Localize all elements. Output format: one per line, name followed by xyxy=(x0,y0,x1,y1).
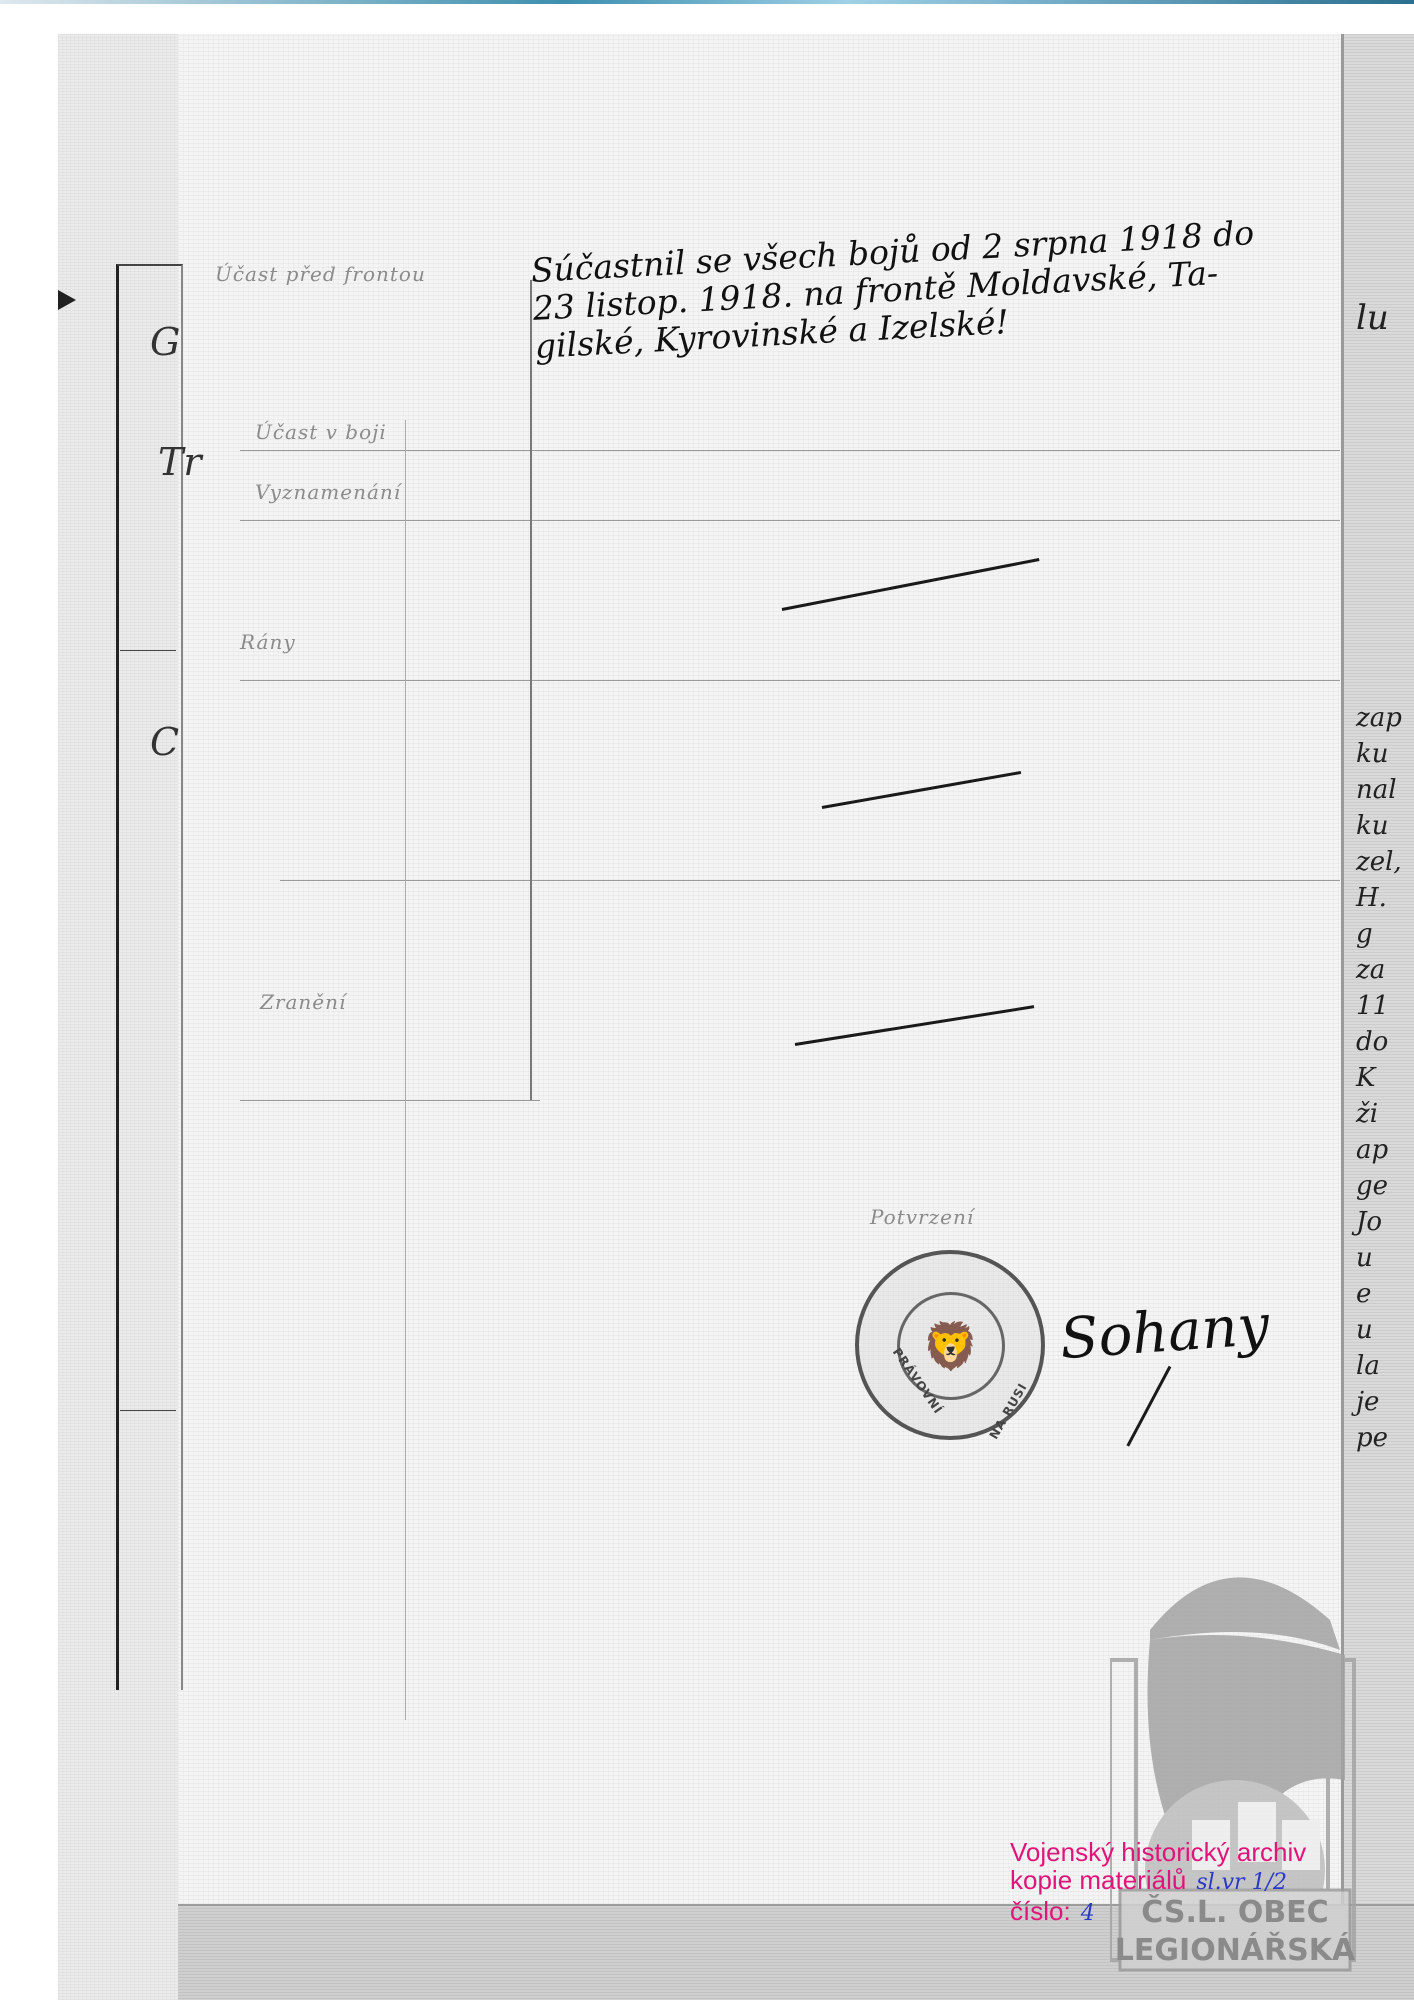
archive-stamp-text: číslo: xyxy=(1010,1896,1071,1926)
margin-fragment: je xyxy=(1356,1384,1414,1420)
faded-label: Potvrzení xyxy=(870,1205,974,1229)
margin-fragment: K xyxy=(1356,1060,1414,1096)
form-column-line xyxy=(530,280,532,1100)
arrow-marker-icon xyxy=(58,290,76,310)
faded-label: Účast v boji xyxy=(255,420,387,444)
handwritten-note: sl.vr 1/2 xyxy=(1196,1870,1287,1895)
margin-fragment: 11 xyxy=(1356,988,1414,1024)
margin-fragment: Jo xyxy=(1356,1204,1414,1240)
margin-fragment: za xyxy=(1356,952,1414,988)
faded-label: Zranění xyxy=(260,990,346,1014)
handwritten-number: 4 xyxy=(1081,1901,1095,1926)
archive-stamp-text: kopie materiálů xyxy=(1010,1865,1186,1895)
left-box-divider xyxy=(120,650,176,651)
archive-stamp-line: číslo:4 xyxy=(1010,1897,1306,1928)
margin-fragment: nal xyxy=(1356,772,1414,808)
margin-fragment: ap xyxy=(1356,1132,1414,1168)
margin-fragment: H. xyxy=(1356,880,1414,916)
adjacent-page-handwriting: zap ku nal ku zel, H. g za 11 do K ži ap… xyxy=(1356,700,1414,1456)
archive-stamp-line: kopie materiálůsl.vr 1/2 xyxy=(1010,1866,1306,1897)
logo-text-line2: LEGIONÁŘSKÁ xyxy=(1115,1932,1356,1968)
margin-fragment: ku xyxy=(1356,736,1414,772)
faded-label: Účast před frontou xyxy=(215,262,426,286)
official-round-stamp: 🦁 NA RUSI PRÁVOVNÍ xyxy=(855,1250,1045,1440)
margin-fragment: zel, xyxy=(1356,844,1414,880)
margin-letter: C xyxy=(150,720,179,764)
margin-fragment: pe xyxy=(1356,1420,1414,1456)
form-row-line xyxy=(280,880,1340,881)
margin-fragment: zap xyxy=(1356,700,1414,736)
margin-letter: G xyxy=(150,320,180,364)
margin-fragment: g xyxy=(1356,916,1414,952)
form-column-line xyxy=(405,420,406,1720)
margin-fragment: la xyxy=(1356,1348,1414,1384)
faded-label: Vyznamenání xyxy=(255,480,401,504)
faded-label: Rány xyxy=(240,630,296,654)
left-box-divider xyxy=(120,1410,176,1411)
form-row-line xyxy=(240,1100,540,1101)
archive-stamp-line: Vojenský historický archiv xyxy=(1010,1838,1306,1866)
margin-fragment: u xyxy=(1356,1312,1414,1348)
margin-fragment: u xyxy=(1356,1240,1414,1276)
adjacent-page-handwriting-top: lu xyxy=(1356,300,1414,336)
margin-letter: Tr xyxy=(158,440,202,484)
margin-fragment: ge xyxy=(1356,1168,1414,1204)
scan-top-edge xyxy=(0,0,1414,4)
margin-fragment: e xyxy=(1356,1276,1414,1312)
archive-copy-stamp: Vojenský historický archiv kopie materiá… xyxy=(1010,1838,1306,1928)
margin-fragment: ži xyxy=(1356,1096,1414,1132)
margin-fragment: ku xyxy=(1356,808,1414,844)
margin-fragment: do xyxy=(1356,1024,1414,1060)
